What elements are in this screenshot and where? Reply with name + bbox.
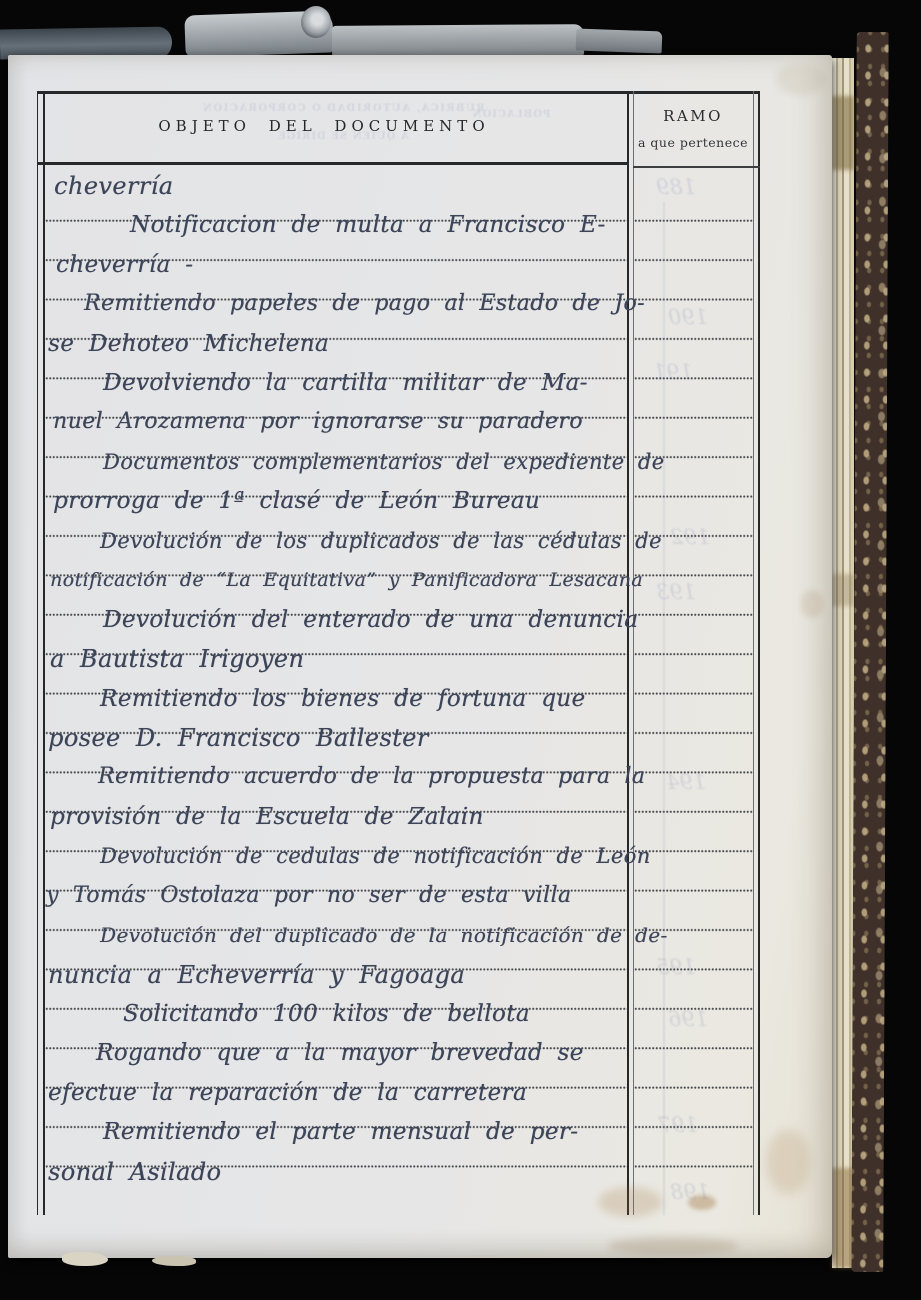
handwritten-line: cheverría -: [56, 248, 193, 282]
bleedthrough-number: 195: [656, 955, 696, 979]
handwritten-line: y Tomás Ostolaza por no ser de esta vill…: [46, 879, 571, 913]
handwritten-line: nuncia a Echeverría y Fagoaga: [48, 958, 465, 992]
handwritten-line: prorroga de 1ª clasé de León Bureau: [53, 484, 540, 518]
handwritten-line: Devolución del duplicado de la notificac…: [100, 918, 668, 952]
handwritten-line: Devolución del enterado de una denuncia: [103, 603, 638, 637]
handwritten-line: Remitiendo los bienes de fortuna que: [100, 682, 585, 716]
handwritten-line: Notificacion de multa a Francisco E-: [130, 208, 606, 242]
handwritten-line: se Dehoteo Michelena: [48, 327, 329, 361]
torn-page-fragment: [332, 24, 584, 57]
handwritten-line: provisión de la Escuela de Zalain: [50, 800, 484, 834]
header-separator: [37, 162, 629, 165]
column-separator: [627, 91, 629, 1215]
stain: [801, 590, 823, 618]
handwritten-line: Devolviendo la cartilla militar de Ma-: [103, 366, 588, 400]
handwritten-line: Devolución de los duplicados de las cédu…: [100, 524, 662, 558]
handwritten-line: Documentos complementarios del expedient…: [103, 445, 664, 479]
handwritten-line: Remitiendo el parte mensual de per-: [103, 1115, 578, 1149]
paper-fragment: [152, 1256, 196, 1266]
curled-paper-edge: [301, 6, 331, 38]
header-separator-ramo: [633, 166, 760, 168]
bleedthrough-number: 196: [668, 1007, 708, 1031]
table-border-top: [37, 91, 760, 94]
table-border-right: [758, 91, 760, 1215]
handwritten-line: a Bautista Irigoyen: [50, 642, 304, 676]
bleedthrough-number: 190: [668, 305, 708, 329]
column-header-ramo-sub: a que pertenece: [629, 135, 757, 150]
stain: [608, 1237, 738, 1255]
page-edges: [832, 58, 854, 1268]
handwritten-line: Remitiendo acuerdo de la propuesta para …: [98, 760, 645, 794]
bleedthrough-number: 197: [658, 1113, 698, 1137]
handwritten-line: efectue la reparación de la carretera: [48, 1076, 527, 1110]
handwritten-line: Rogando que a la mayor brevedad se: [96, 1036, 584, 1070]
bleedthrough-number: 193: [656, 580, 696, 604]
handwritten-line: cheverría: [54, 169, 173, 203]
bleedthrough-text: RÚBRICA, AUTORIDAD Ó CORPORACIÓN: [198, 103, 488, 114]
bleedthrough-number: 191: [653, 360, 693, 384]
torn-page-fragment: [576, 29, 663, 54]
handwritten-line: notificación de “La Equitativa” y Panifi…: [50, 563, 643, 597]
book-cover: [851, 32, 888, 1272]
table-border-right-inner: [753, 91, 754, 1215]
stain: [766, 1130, 810, 1194]
stain: [598, 1187, 662, 1217]
bleedthrough-number: 192: [670, 525, 710, 549]
edge-stain: [832, 96, 854, 170]
scanned-book-photo: { "page": { "header": { "objeto": "OBJET…: [0, 0, 921, 1300]
handwritten-line: posee D. Francisco Ballester: [48, 721, 429, 755]
handwritten-line: Devolución de cedulas de notificación de…: [100, 839, 651, 873]
bleedthrough-text: Á QUIEN SE DIRIGE: [258, 131, 428, 142]
handwritten-line: Solicitando 100 kilos de bellota: [123, 997, 530, 1031]
bleedthrough-text: POBLACIÓN: [463, 109, 559, 120]
column-header-ramo: RAMO: [629, 107, 757, 125]
bleedthrough-rule: [663, 202, 665, 1215]
table-border-left-outer: [37, 91, 38, 1215]
bleedthrough-number: 194: [666, 770, 706, 794]
stain: [688, 1195, 716, 1210]
paper-fragment: [62, 1252, 108, 1266]
ruled-lines-ramo: [634, 201, 753, 1188]
handwritten-line: sonal Asilado: [48, 1155, 221, 1189]
stain: [776, 63, 826, 95]
handwritten-line: nuel Arozamena por ignorarse su paradero: [53, 405, 583, 439]
edge-stain: [832, 574, 854, 606]
register-page: OBJETO DEL DOCUMENTO RAMO a que pertenec…: [8, 55, 832, 1258]
bleedthrough-number: 189: [656, 175, 696, 199]
handwritten-line: Remitiendo papeles de pago al Estado de …: [84, 287, 645, 321]
